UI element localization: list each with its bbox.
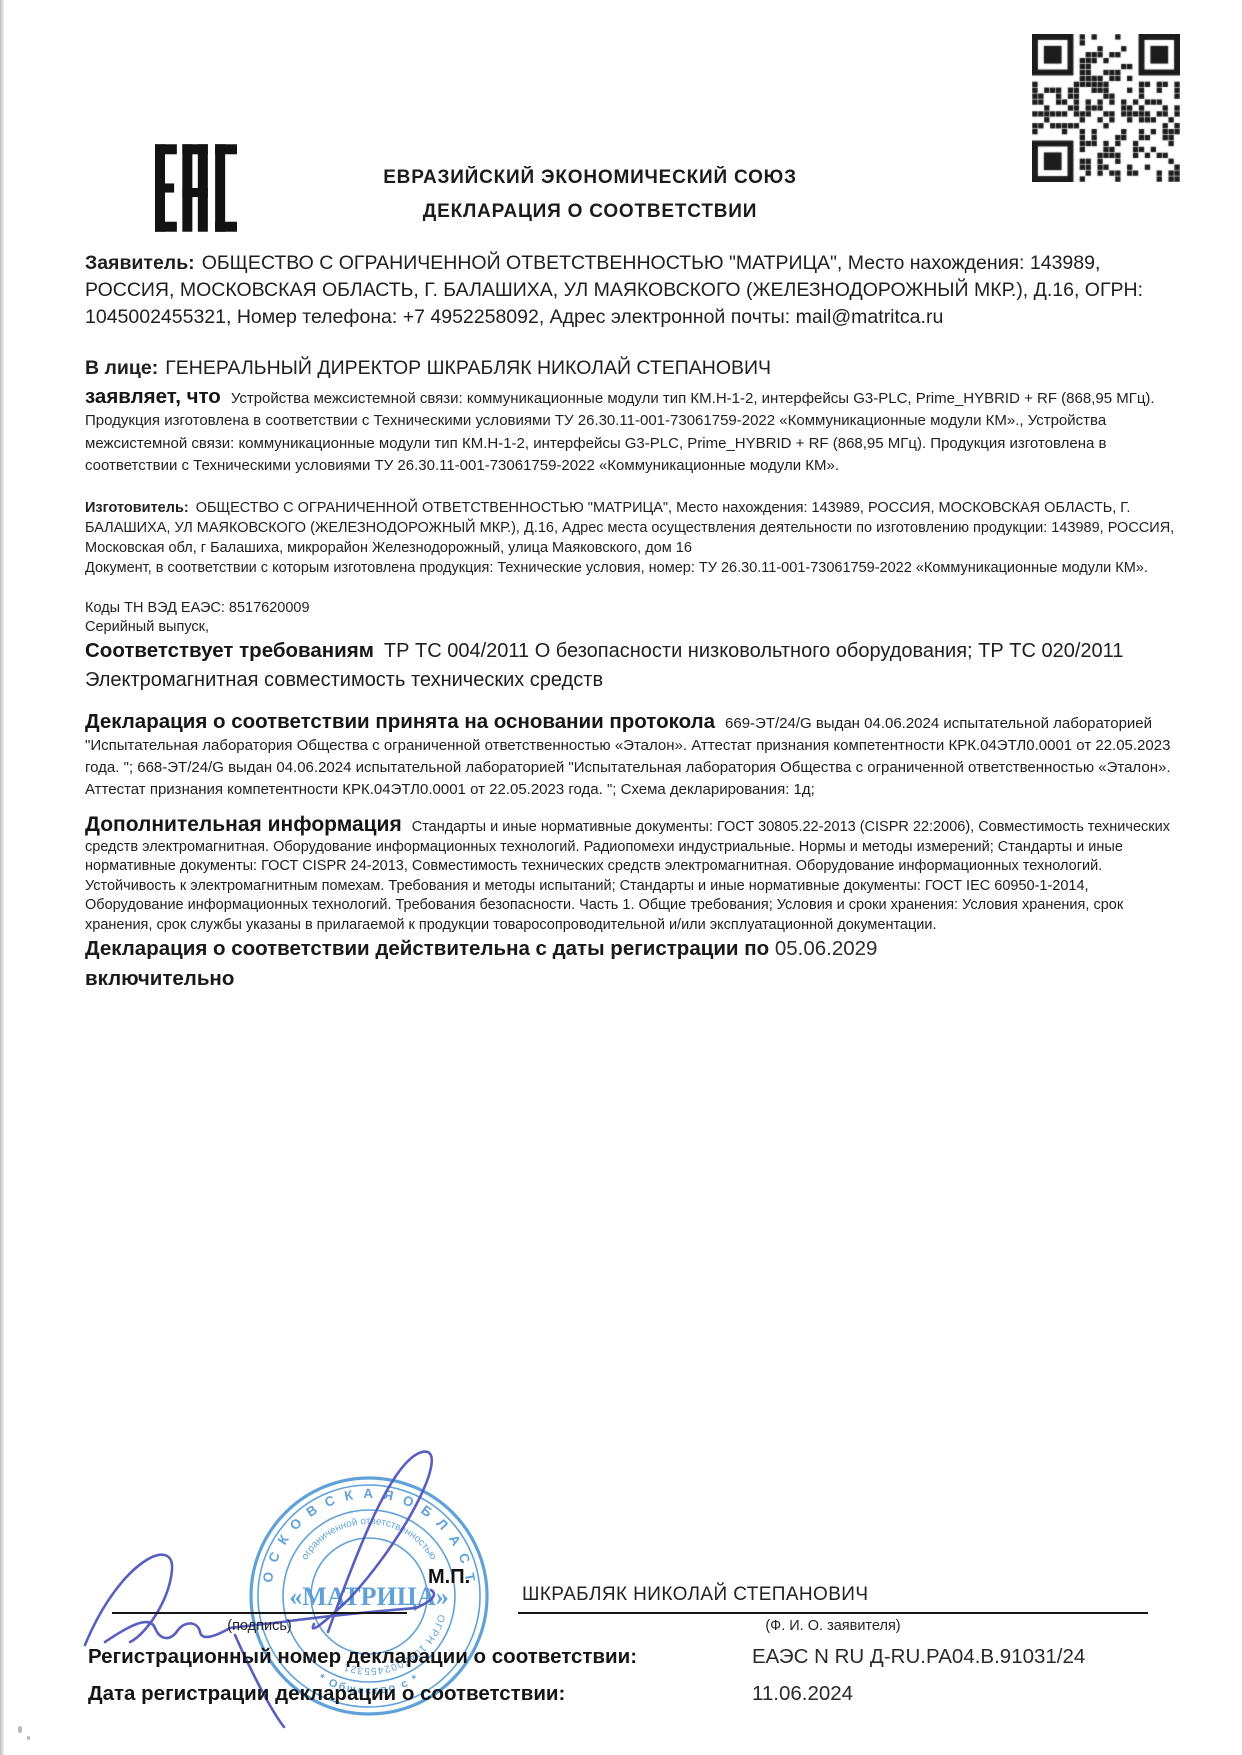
qr-code [1032,34,1180,182]
applicant-label: Заявитель: [85,252,195,274]
scan-edge-artifact [0,0,4,1755]
stamp-place-label: М.П. [428,1566,470,1589]
scan-speck [27,1736,30,1740]
validity-prefix: Декларация о соответствии действительна … [85,937,769,960]
declares-paragraph: заявляет, чтоУстройства межсистемной свя… [85,386,1175,478]
declares-label: заявляет, что [85,385,221,408]
validity-paragraph: Декларация о соответствии действительна … [85,934,1175,994]
manufacturer-paragraph: Изготовитель:ОБЩЕСТВО С ОГРАНИЧЕННОЙ ОТВ… [85,498,1175,558]
basis-label: Декларация о соответствии принята на осн… [85,710,715,733]
signature-caption: (подпись) [112,1618,407,1634]
serial-issue-line: Серийный выпуск, [85,617,1175,637]
conformity-paragraph: Соответствует требованиямТР ТС 004/2011 … [85,637,1175,694]
product-document-line: Документ, в соответствии с которым изгот… [85,559,1175,578]
name-rule [518,1612,1148,1614]
signature-rule [112,1612,407,1614]
person-paragraph: В лице:ГЕНЕРАЛЬНЫЙ ДИРЕКТОР ШКРАБЛЯК НИК… [85,355,1170,382]
basis-paragraph: Декларация о соответствии принята на осн… [85,711,1180,801]
validity-date: 05.06.2029 [775,937,878,960]
manufacturer-label: Изготовитель: [85,500,189,516]
registration-number-value: ЕАЭС N RU Д-RU.РА04.В.91031/24 [752,1645,1085,1669]
additional-info-label: Дополнительная информация [85,813,402,836]
union-title: ЕВРАЗИЙСКИЙ ЭКОНОМИЧЕСКИЙ СОЮЗ [85,167,1095,189]
registration-date-label: Дата регистрации декларации о соответств… [88,1682,565,1706]
conformity-label: Соответствует требованиям [85,639,374,662]
scan-speck [18,1726,22,1733]
additional-info-text: Стандарты и иные нормативные документы: … [85,819,1170,933]
applicant-paragraph: Заявитель:ОБЩЕСТВО С ОГРАНИЧЕННОЙ ОТВЕТС… [85,250,1170,331]
declares-text: Устройства межсистемной связи: коммуника… [85,390,1155,474]
additional-info-paragraph: Дополнительная информацияСтандарты и ины… [85,815,1180,935]
registration-date-value: 11.06.2024 [752,1682,853,1706]
registration-number-label: Регистрационный номер декларации о соотв… [88,1645,637,1669]
manufacturer-text: ОБЩЕСТВО С ОГРАНИЧЕННОЙ ОТВЕТСТВЕННОСТЬЮ… [85,500,1174,556]
validity-suffix: включительно [85,964,1175,994]
person-label: В лице: [85,357,158,379]
name-caption: (Ф. И. О. заявителя) [518,1618,1148,1634]
document-title: ДЕКЛАРАЦИЯ О СООТВЕТСТВИИ [85,201,1095,223]
tnved-codes-line: Коды ТН ВЭД ЕАЭС: 8517620009 [85,598,1175,618]
person-text: ГЕНЕРАЛЬНЫЙ ДИРЕКТОР ШКРАБЛЯК НИКОЛАЙ СТ… [165,357,771,379]
applicant-text: ОБЩЕСТВО С ОГРАНИЧЕННОЙ ОТВЕТСТВЕННОСТЬЮ… [85,252,1143,328]
applicant-name: ШКРАБЛЯК НИКОЛАЙ СТЕПАНОВИЧ [522,1584,868,1606]
declaration-document: ЕВРАЗИЙСКИЙ ЭКОНОМИЧЕСКИЙ СОЮЗ ДЕКЛАРАЦИ… [0,0,1242,1755]
